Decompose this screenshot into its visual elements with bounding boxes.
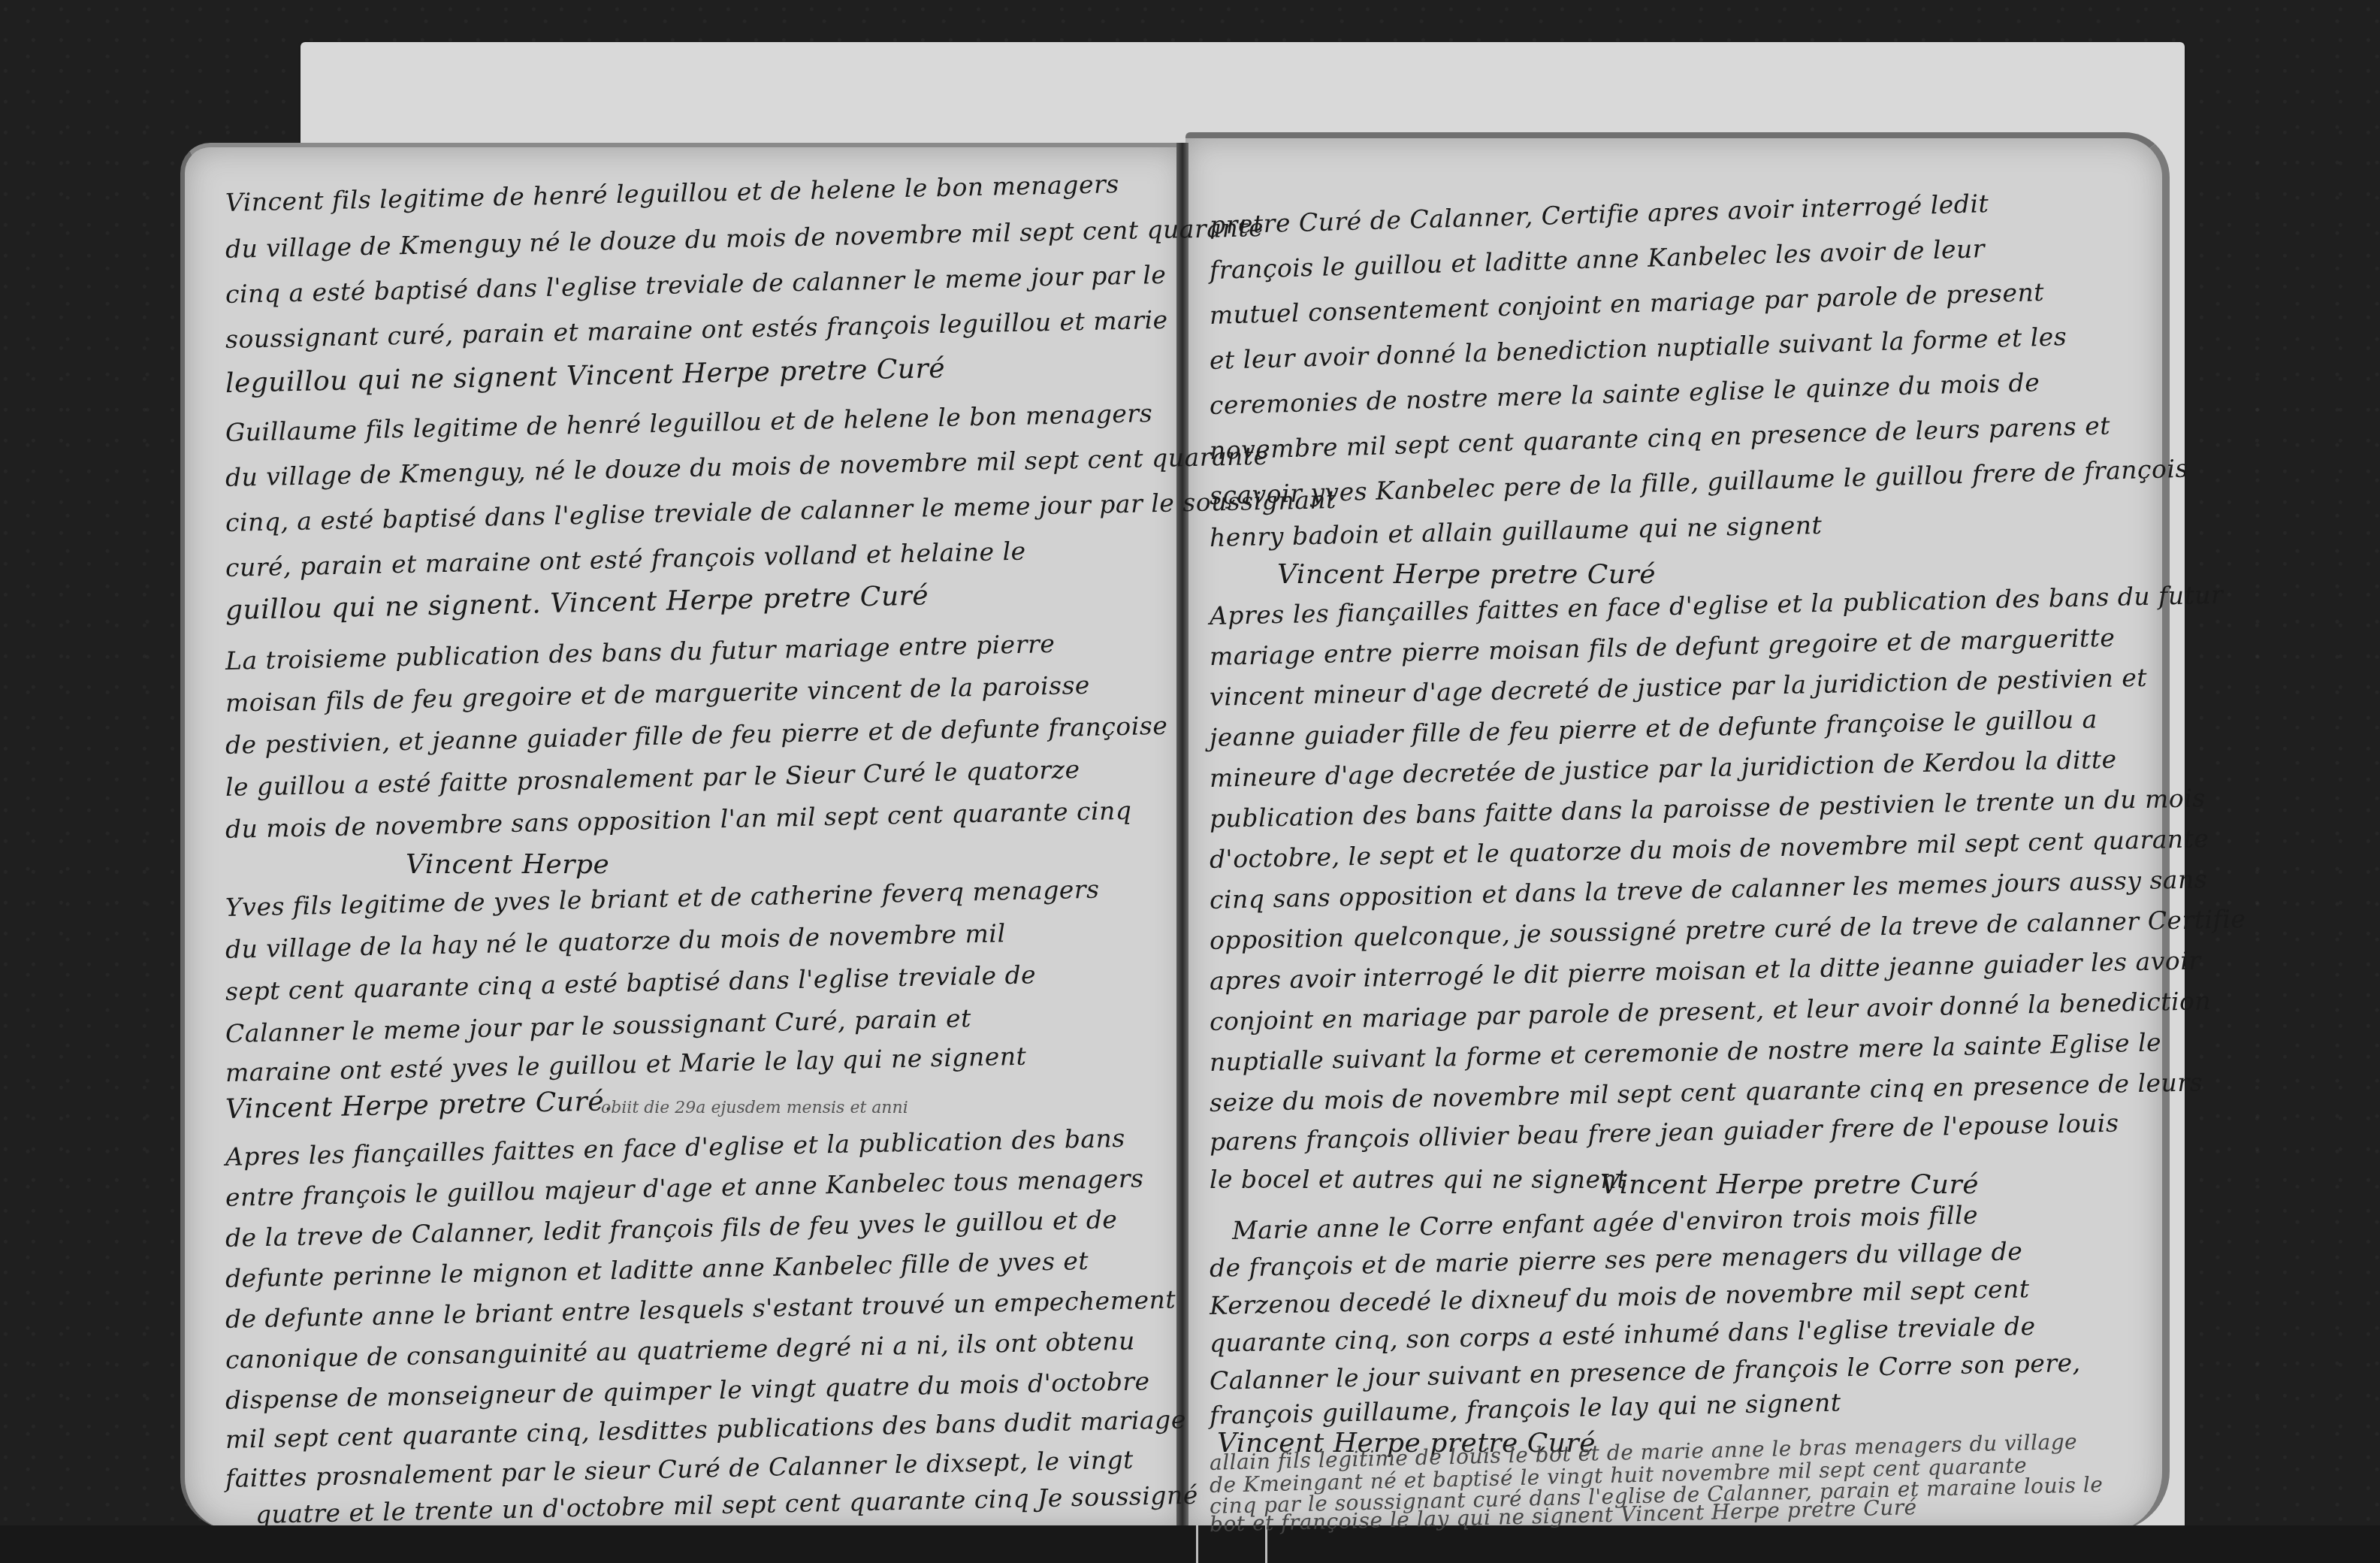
book-spine: [1176, 143, 1188, 1533]
binding-thread: [1196, 1525, 1198, 1563]
entry-line: le bocel et autres qui ne signent: [1210, 1165, 1627, 1194]
entry-signature: Vincent Herpe pretre Curé: [1600, 1169, 1979, 1200]
scan-bottom-edge: [0, 1525, 2380, 1563]
margin-note-death: obiit die 29a ejusdem mensis et anni: [601, 1099, 908, 1117]
entry-signature: Vincent Herpe: [406, 849, 609, 880]
entry-signature: Vincent Herpe pretre Curé: [1277, 559, 1656, 590]
